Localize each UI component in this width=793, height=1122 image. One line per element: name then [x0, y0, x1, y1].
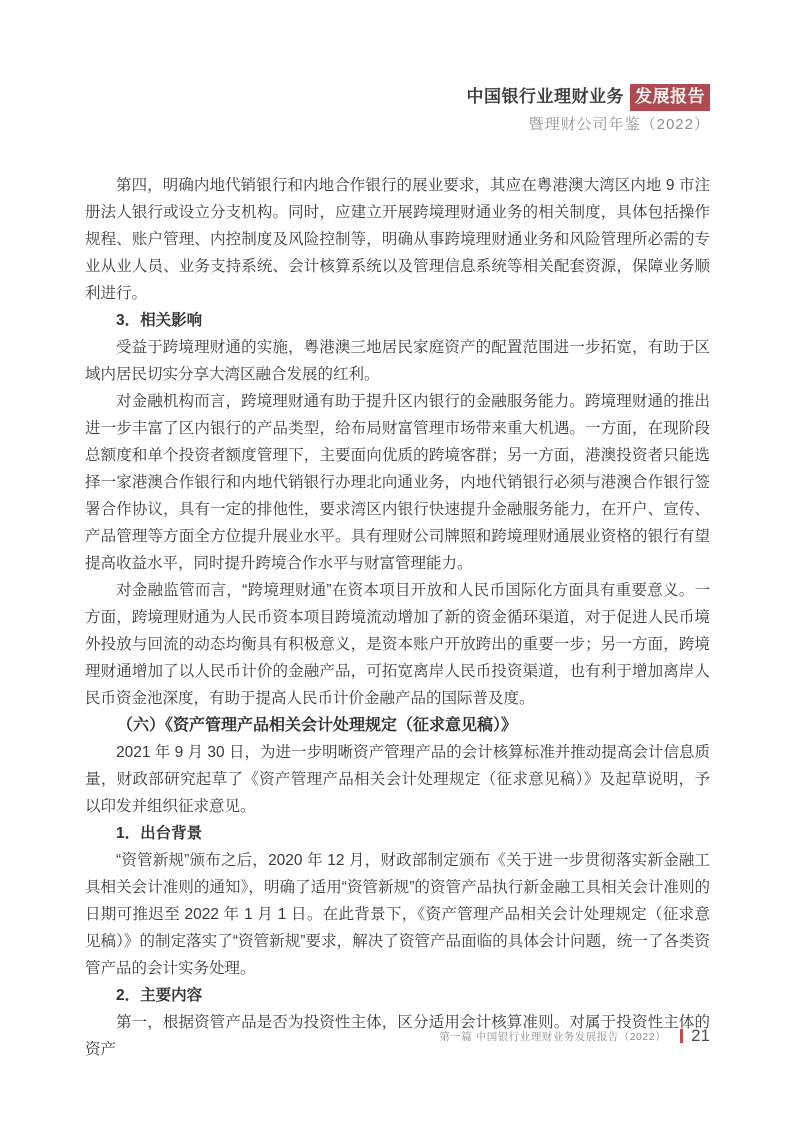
paragraph-1: 第四，明确内地代销银行和内地合作银行的展业要求，其应在粤港澳大湾区内地 9 市注…	[85, 172, 710, 307]
section-heading-related-impact: 3．相关影响	[85, 307, 710, 334]
paragraph-4: 对金融监管而言，“跨境理财通”在资本项目开放和人民币国际化方面具有重要意义。一方…	[85, 577, 710, 712]
footer-divider-bar	[680, 1029, 683, 1043]
document-page: 中国银行业理财业务发展报告 暨理财公司年鉴（2022） 第四，明确内地代销银行和…	[0, 0, 793, 1122]
report-title: 中国银行业理财业务	[467, 87, 625, 106]
paragraph-5: 2021 年 9 月 30 日，为进一步明晰资产管理产品的会计核算标准并推动提高…	[85, 739, 710, 820]
section-heading-six: （六）《资产管理产品相关会计处理规定（征求意见稿）》	[85, 712, 710, 739]
report-subtitle: 暨理财公司年鉴（2022）	[85, 114, 710, 136]
page-footer: 第一篇 中国银行业理财业务发展报告（2022） 21	[85, 1026, 710, 1046]
report-title-line: 中国银行业理财业务发展报告	[85, 84, 710, 111]
paragraph-3: 对金融机构而言，跨境理财通有助于提升区内银行的金融服务能力。跨境理财通的推出进一…	[85, 388, 710, 577]
paragraph-6: “资管新规”颁布之后，2020 年 12 月，财政部制定颁布《关于进一步贯彻落实…	[85, 847, 710, 982]
section-heading-background: 1．出台背景	[85, 820, 710, 847]
paragraph-2: 受益于跨境理财通的实施，粤港澳三地居民家庭资产的配置范围进一步拓宽，有助于区域内…	[85, 334, 710, 388]
section-heading-main-content: 2．主要内容	[85, 982, 710, 1009]
footer-chapter-text: 第一篇 中国银行业理财业务发展报告（2022）	[439, 1029, 666, 1044]
page-number: 21	[691, 1026, 710, 1046]
document-body: 第四，明确内地代销银行和内地合作银行的展业要求，其应在粤港澳大湾区内地 9 市注…	[85, 172, 710, 1063]
page-header: 中国银行业理财业务发展报告 暨理财公司年鉴（2022）	[85, 84, 710, 136]
report-title-badge: 发展报告	[630, 84, 710, 111]
